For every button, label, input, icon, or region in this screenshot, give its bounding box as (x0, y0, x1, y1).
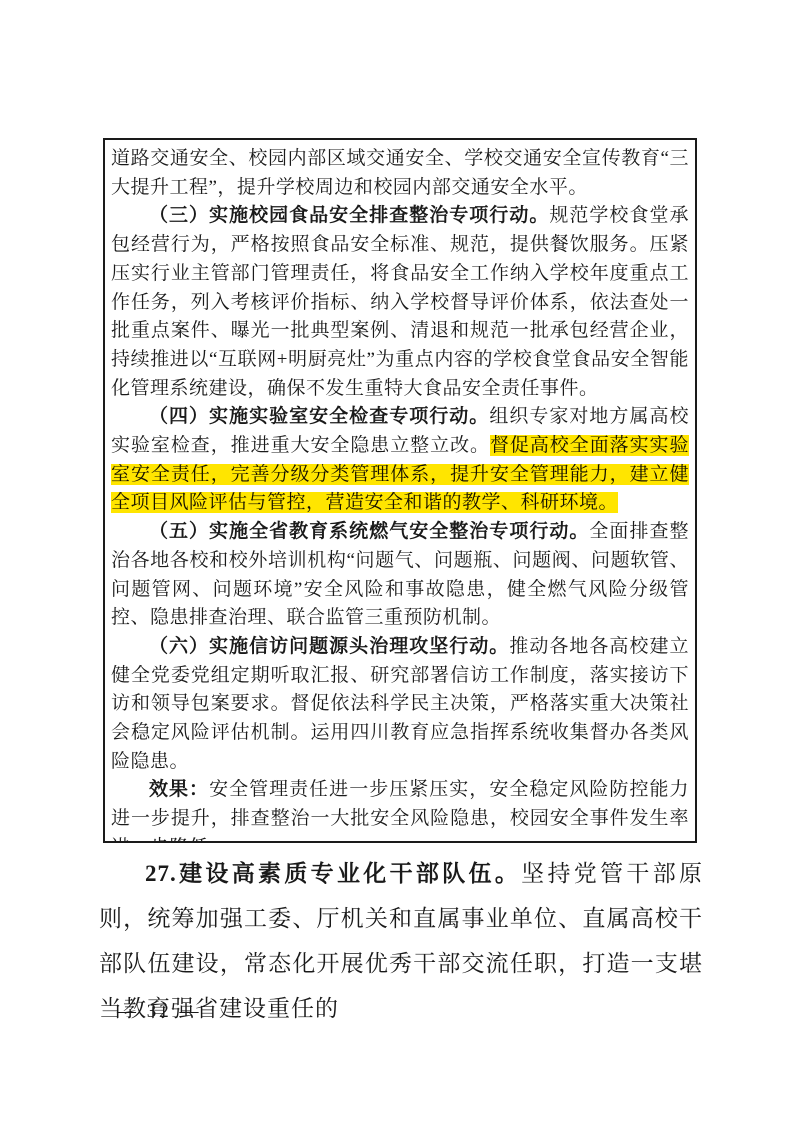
bold-heading-run: 27.建设高素质专业化干部队伍。 (145, 861, 521, 886)
bold-heading-run: （五）实施全省教育系统燃气安全整治专项行动。 (149, 521, 589, 542)
box-paragraph: （六）实施信访问题源头治理攻坚行动。推动各地各高校建立健全党委党组定期听取汇报、… (111, 633, 689, 777)
bold-heading-run: （三）实施校园食品安全排查整治专项行动。 (149, 205, 549, 226)
box-paragraph: 效果：安全管理责任进一步压紧压实，安全稳定风险防控能力进一步提升，排查整治一大批… (111, 776, 689, 843)
box-paragraph: （五）实施全省教育系统燃气安全整治专项行动。全面排查整治各地各校和校外培训机构“… (111, 518, 689, 633)
bold-heading-run: （四）实施实验室安全检查专项行动。 (149, 406, 489, 427)
box-paragraph: （四）实施实验室安全检查专项行动。组织专家对地方属高校实验室检查，推进重大安全隐… (111, 403, 689, 518)
bold-heading-run: （六）实施信访问题源头治理攻坚行动。 (149, 636, 509, 657)
bold-heading-run: 效果： (149, 779, 209, 800)
text-run: 道路交通安全、校园内部区域交通安全、学校交通安全宣传教育“三大提升工程”，提升学… (111, 148, 689, 198)
text-run: 规范学校食堂承包经营行为，严格按照食品安全标准、规范，提供餐饮服务。压紧压实行业… (111, 205, 689, 398)
page-number: — 32 — (117, 1001, 202, 1023)
box-paragraph: 道路交通安全、校园内部区域交通安全、学校交通安全宣传教育“三大提升工程”，提升学… (111, 145, 689, 202)
bordered-text-box: 道路交通安全、校园内部区域交通安全、学校交通安全宣传教育“三大提升工程”，提升学… (103, 138, 697, 843)
box-paragraph: （三）实施校园食品安全排查整治专项行动。规范学校食堂承包经营行为，严格按照食品安… (111, 202, 689, 403)
